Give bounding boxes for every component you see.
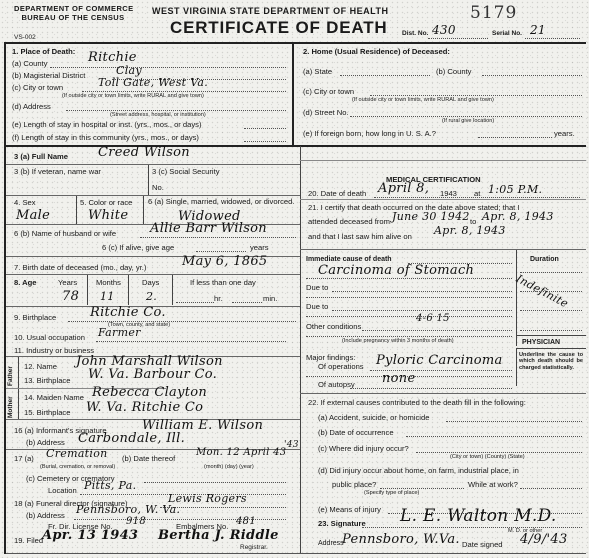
city-value: Toll Gate, West Va. (98, 76, 208, 89)
registrar-signature: Bertha J. Riddle (158, 528, 279, 543)
date-of-death-value: April 8, (378, 181, 429, 196)
operations-value: Pyloric Carcinoma (376, 353, 503, 368)
department-header: DEPARTMENT OF COMMERCE BUREAU OF THE CEN… (14, 4, 132, 22)
minutes-label: min. (263, 294, 277, 303)
county-value: Ritchie (88, 50, 137, 65)
attended-label: attended deceased from (308, 217, 390, 226)
home-street-label: (d) Street No. (303, 108, 349, 117)
mother-side-label: Mother (7, 396, 14, 418)
city-note: (If outside city or town limits, write R… (62, 93, 204, 99)
last-seen-value: Apr. 8, 1943 (434, 224, 506, 237)
disposition-label: 17 (a) (14, 454, 34, 463)
sex-label: 4. Sex (14, 198, 36, 207)
serial-no-label: Serial No. (492, 30, 522, 37)
stay-hospital-label: (e) Length of stay in hospital or inst. … (12, 120, 202, 129)
city-label: (c) City or town (12, 83, 63, 92)
mother-maiden-value: Rebecca Clayton (92, 385, 207, 400)
due-to-1-label: Due to (306, 283, 328, 292)
physician-note: Underline the cause to which death shoul… (519, 352, 583, 371)
home-city-note: (If outside city or town limits, write R… (352, 97, 494, 103)
full-name-value: Creed Wilson (98, 145, 190, 160)
age-months-label: Months (96, 278, 121, 287)
accident-label: (a) Accident, suicide, or homicide (318, 413, 429, 422)
duration-heading: Duration (530, 256, 559, 263)
mother-birthplace-label: 15. Birthplace (24, 408, 70, 417)
injury-place-label: (d) Did injury occur about home, on farm… (318, 466, 519, 475)
time-of-death-value: 1:05 P.M. (488, 183, 542, 196)
serial-no-value: 21 (530, 23, 546, 37)
public-place-label: public place? (332, 480, 376, 489)
physician-address-label: Address (318, 540, 344, 547)
occupation-value: Farmer (98, 326, 141, 339)
mother-birthplace-value: W. Va. Ritchie Co (86, 400, 203, 415)
while-at-work-label: While at work? (468, 480, 518, 489)
department-line: DEPARTMENT OF COMMERCE (14, 4, 132, 13)
address-note: (Street address, hospital, or institutio… (110, 112, 206, 118)
disposition-date-value: Mon. 12 April 43 (196, 447, 286, 458)
filed-label: 19. Filed (14, 536, 43, 545)
age-days-value: 2. (146, 290, 157, 303)
birth-date-label: 7. Birth date of deceased (mo., day, yr.… (14, 263, 146, 272)
date-of-death-label: 20. Date of death (308, 189, 366, 198)
county-label: (a) County (12, 59, 47, 68)
race-value: White (88, 208, 128, 223)
hours-label: hr. (214, 294, 222, 303)
attended-to-value: Apr. 8, 1943 (482, 210, 554, 223)
informant-address-label: (b) Address (26, 438, 65, 447)
full-name-label: 3 (a) Full Name (14, 152, 68, 161)
father-birthplace-label: 13. Birthplace (24, 376, 70, 385)
physician-signature-value: L. E. Walton M.D. (400, 506, 557, 526)
home-heading: 2. Home (Usual Residence) of Deceased: (303, 47, 450, 56)
other-conditions-mark: 4-6 15 (416, 313, 450, 324)
signature-label: 23. Signature (318, 519, 366, 528)
birth-date-value: May 6, 1865 (182, 254, 267, 269)
bureau-line: BUREAU OF THE CENSUS (14, 13, 132, 22)
autopsy-value: none (382, 371, 415, 386)
foreign-born-label: (e) If foreign born, how long in U. S. A… (303, 129, 436, 138)
where-note: (City or town) (County) (State) (450, 454, 525, 460)
home-city-label: (c) City or town (303, 87, 354, 96)
pregnancy-note: (Include pregnancy within 3 months of de… (342, 338, 454, 344)
home-state-label: (a) State (303, 67, 332, 76)
father-name-label: 12. Name (24, 362, 57, 371)
form-number: VS-002 (14, 34, 36, 41)
mother-maiden-label: 14. Maiden Name (24, 393, 84, 402)
age-years-value: 78 (62, 289, 79, 304)
embalmers-value: 481 (236, 516, 256, 527)
social-security-label: 3 (c) Social Security (152, 167, 220, 176)
registrar-label: Registrar. (240, 544, 268, 551)
location-value: Pitts, Pa. (84, 479, 136, 492)
age-years-label: Years (58, 278, 77, 287)
less-than-day-label: If less than one day (190, 278, 256, 287)
immediate-cause-label: Immediate cause of death (306, 256, 392, 263)
address-label: (d) Address (12, 102, 51, 111)
district-label: (b) Magisterial District (12, 71, 85, 80)
foreign-born-unit: years. (554, 129, 575, 138)
physician-address-value: Pennsboro, W.Va. (342, 532, 460, 547)
age-label: 8. Age (14, 278, 37, 287)
other-conditions-label: Other conditions (306, 322, 361, 331)
major-findings-label: Major findings: (306, 353, 355, 362)
where-label: (c) Where did injury occur? (318, 444, 409, 453)
last-seen-label: and that I last saw him alive on (308, 232, 412, 241)
immediate-cause-value: Carcinoma of Stomach (318, 263, 474, 278)
funeral-address-value: Pennsboro, W. Va. (76, 503, 180, 516)
disposition-value: Cremation (46, 447, 108, 460)
filed-value: Apr. 13 1943 (42, 528, 138, 543)
occupation-label: 10. Usual occupation (14, 333, 85, 342)
death-certificate: DEPARTMENT OF COMMERCE BUREAU OF THE CEN… (0, 0, 589, 558)
father-side-label: Father (7, 366, 14, 386)
disposition-date-label: (b) Date thereof (122, 454, 175, 463)
operations-label: Of operations (318, 362, 364, 371)
occurrence-date-label: (b) Date of occurrence (318, 428, 394, 437)
spouse-label: 6 (b) Name of husband or wife (14, 229, 116, 238)
marital-label: 6 (a) Single, married, widowed, or divor… (148, 198, 298, 206)
informant-address-value: Carbondale, Ill. (78, 431, 185, 446)
location-label: Location (48, 486, 77, 495)
date-signed-value: 4/9/'43 (520, 532, 568, 547)
attended-from-value: June 30 1942 (392, 210, 470, 223)
margin-mark: '43 (284, 440, 299, 450)
dist-no-label: Dist. No. (402, 30, 428, 37)
age-months-value: 11 (100, 290, 115, 303)
state-department: WEST VIRGINIA STATE DEPARTMENT OF HEALTH (152, 6, 389, 16)
sex-value: Male (16, 208, 50, 223)
place-of-death-heading: 1. Place of Death: (12, 47, 75, 56)
funeral-address-label: (b) Address (26, 511, 65, 520)
stay-community-label: (f) Length of stay in this community (yr… (12, 133, 199, 142)
disposition-note: (Burial, cremation, or removal) (40, 464, 115, 470)
home-street-note: (If rural give location) (442, 118, 494, 124)
race-label: 5. Color or race (80, 198, 132, 207)
spouse-value: Allie Barr Wilson (150, 221, 267, 236)
document-number: 5179 (470, 3, 517, 23)
social-security-no-label: No. (152, 183, 164, 192)
means-of-injury-label: (e) Means of injury (318, 505, 381, 514)
due-to-2-label: Due to (306, 302, 328, 311)
disposition-date-note: (month) (day) (year) (204, 464, 254, 470)
physician-heading: PHYSICIAN (522, 339, 560, 346)
birthplace-label: 9. Birthplace (14, 313, 56, 322)
birthplace-value: Ritchie Co. (90, 305, 166, 320)
external-heading: 22. If external causes contributed to th… (308, 398, 526, 407)
father-birthplace-value: W. Va. Barbour Co. (88, 367, 217, 382)
spouse-age-label: 6 (c) If alive, give age (102, 243, 174, 252)
spouse-age-unit: years (250, 243, 269, 252)
certificate-title: CERTIFICATE OF DEATH (170, 18, 387, 38)
veteran-label: 3 (b) If veteran, name war (14, 167, 101, 176)
license-value: 918 (126, 516, 146, 527)
date-signed-label: Date signed (462, 540, 503, 549)
public-place-note: (Specify type of place) (364, 490, 419, 496)
home-county-label: (b) County (436, 67, 471, 76)
age-days-label: Days (142, 278, 159, 287)
dist-no-value: 430 (432, 23, 456, 37)
